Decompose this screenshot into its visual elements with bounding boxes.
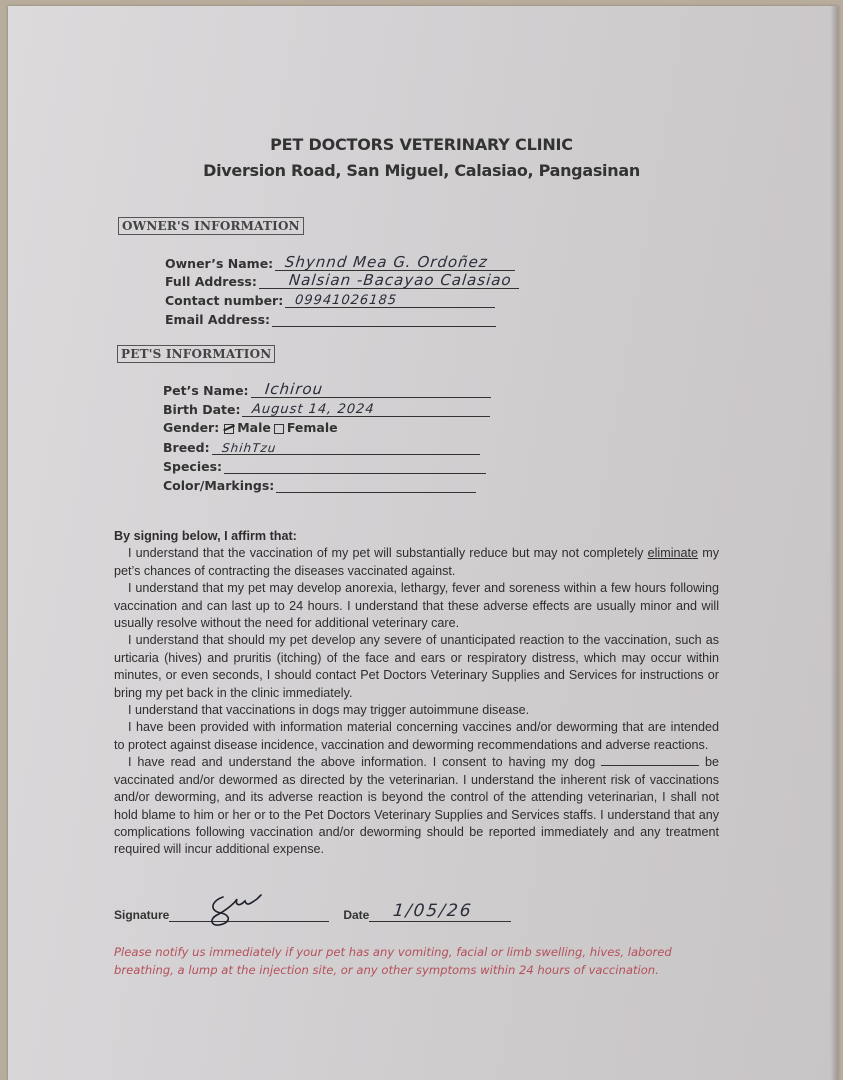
species-field[interactable]: Species: — [163, 458, 486, 474]
contact-number-value: 09941026185 — [294, 293, 398, 308]
signature-scribble-icon — [201, 891, 271, 929]
owner-name-field[interactable]: Owner’s Name: Shynnd Mea G. Ordoñez — [165, 255, 515, 271]
pet-name-value: Ichirou — [264, 380, 324, 398]
full-address-label: Full Address: — [165, 274, 257, 289]
female-label: Female — [287, 420, 338, 435]
date-value: 1/05/26 — [392, 901, 474, 921]
email-address-field[interactable]: Email Address: — [165, 311, 496, 327]
signature-field[interactable] — [169, 903, 329, 922]
breed-value: ShihTzu — [221, 441, 277, 455]
pet-section-title: PET'S INFORMATION — [117, 345, 275, 363]
pet-name-label: Pet’s Name: — [163, 383, 249, 398]
post-vaccination-notice: Please notify us immediately if your pet… — [114, 943, 694, 979]
date-label: Date — [343, 908, 369, 922]
affirmation-text: By signing below, I affirm that: I under… — [114, 528, 719, 859]
date-field[interactable]: 1/05/26 — [369, 903, 511, 922]
owner-section-title: OWNER'S INFORMATION — [118, 217, 304, 235]
birth-date-field[interactable]: Birth Date: August 14, 2024 — [163, 401, 490, 417]
affirmation-paragraph-4: I understand that vaccinations in dogs m… — [114, 702, 719, 719]
color-markings-field[interactable]: Color/Markings: — [163, 477, 476, 493]
affirmation-paragraph-3: I understand that should my pet develop … — [114, 632, 719, 702]
breed-label: Breed: — [163, 440, 210, 455]
male-checkbox[interactable] — [224, 424, 234, 434]
affirmation-paragraph-2: I understand that my pet may develop ano… — [114, 580, 719, 632]
female-checkbox[interactable] — [274, 424, 284, 434]
signature-label: Signature — [114, 908, 169, 922]
affirmation-lead: By signing below, I affirm that: — [114, 528, 719, 545]
contact-number-field[interactable]: Contact number: 09941026185 — [165, 292, 495, 308]
birth-date-value: August 14, 2024 — [252, 402, 376, 417]
breed-field[interactable]: Breed: ShihTzu — [163, 439, 480, 455]
affirmation-paragraph-1: I understand that the vaccination of my … — [114, 545, 719, 580]
affirmation-paragraph-5: I have been provided with information ma… — [114, 719, 719, 754]
species-label: Species: — [163, 459, 222, 474]
owner-name-value: Shynnd Mea G. Ordoñez — [284, 253, 489, 271]
male-label: Male — [237, 420, 271, 435]
contact-number-label: Contact number: — [165, 293, 283, 308]
gender-label: Gender: — [163, 420, 219, 435]
underlined-eliminate: eliminate — [648, 546, 698, 560]
birth-date-label: Birth Date: — [163, 402, 240, 417]
full-address-field[interactable]: Full Address: Nalsian -Bacayao Calasiao — [165, 273, 519, 289]
clinic-address: Diversion Road, San Miguel, Calasiao, Pa… — [0, 161, 843, 180]
pet-name-field[interactable]: Pet’s Name: Ichirou — [163, 382, 491, 398]
signature-row: Signature Date 1/05/26 — [114, 903, 511, 922]
gender-field: Gender: Male Female — [163, 420, 338, 435]
affirmation-paragraph-6: I have read and understand the above inf… — [114, 754, 719, 858]
email-address-label: Email Address: — [165, 312, 270, 327]
dog-name-blank[interactable] — [601, 755, 699, 766]
full-address-value: Nalsian -Bacayao Calasiao — [288, 271, 513, 289]
clinic-name: PET DOCTORS VETERINARY CLINIC — [0, 135, 843, 154]
color-markings-label: Color/Markings: — [163, 478, 274, 493]
owner-name-label: Owner’s Name: — [165, 256, 273, 271]
